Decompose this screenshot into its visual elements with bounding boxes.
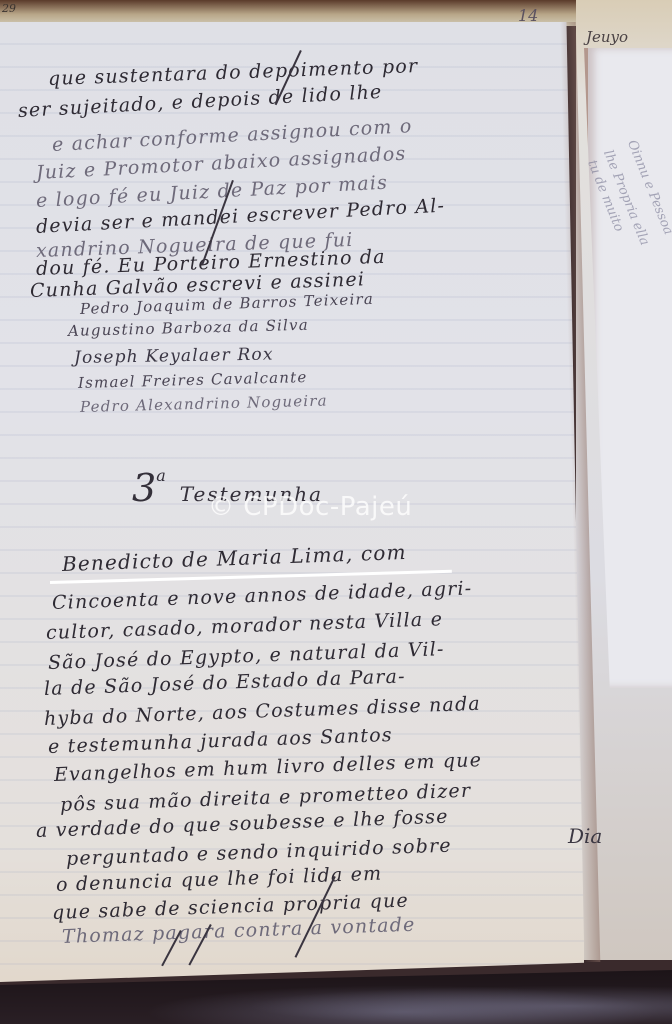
signature: Augustino Barboza da Silva: [68, 316, 309, 340]
signature: Joseph Keyalaer Rox: [74, 345, 274, 368]
text-line: hyba do Norte, aos Costumes disse nada: [44, 693, 482, 730]
page-number: 14: [518, 6, 538, 25]
text-line: cultor, casado, morador nesta Villa e: [46, 608, 444, 644]
text-line: Benedicto de Maria Lima, com: [62, 540, 407, 576]
watermark: © CPDoc-Pajeú: [208, 492, 412, 522]
text-line: e testemunha jurada aos Santos: [48, 724, 393, 758]
signature: Ismael Freires Cavalcante: [78, 368, 308, 392]
heading-ordinal: 3: [132, 466, 156, 510]
heading-ordinal-suffix: a: [156, 466, 166, 485]
page-content: 14 que sustentara do depoimento por ser …: [0, 0, 672, 1024]
text-line: perguntado e sendo inquirido sobre: [66, 835, 453, 870]
signature: Pedro Alexandrino Nogueira: [80, 392, 328, 416]
margin-note: Dia: [568, 824, 602, 848]
